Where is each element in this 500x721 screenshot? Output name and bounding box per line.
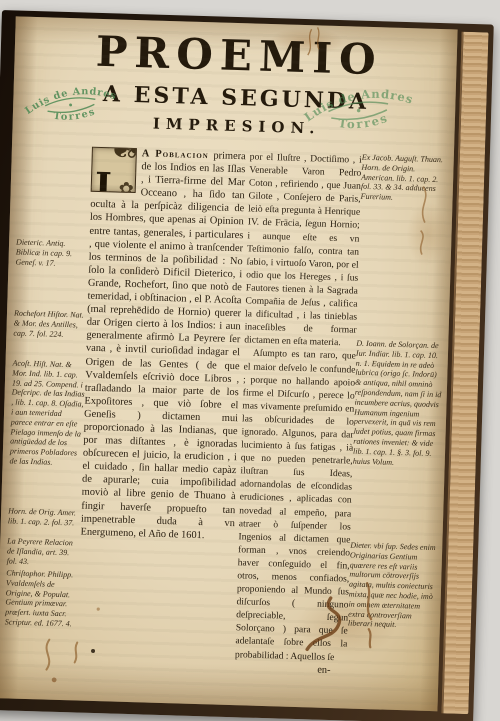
svg-text:Torres: Torres [336,110,391,134]
ink-dot [91,649,95,653]
stamp-center-dot [69,103,72,106]
text-column-right: por el Iluſtre , Doctiſimo , i Venerable… [234,150,361,677]
stamp-name-text: Torres [51,105,98,125]
margin-note: Dieteric. Antiq. Biblicæ in cap. 9. Gene… [15,238,90,270]
margin-note: Ex Jacob. Auguſt. Thuan. Horn. de Origin… [360,153,449,205]
right-column-paragraph-2: Aſumpto es tan raro, que el maior deſvel… [235,347,356,664]
margin-note: Chriſtophor. Philipp. Vvaldemſels de Ori… [5,568,81,629]
stain-dot [52,677,57,682]
svg-text:Torres: Torres [51,105,98,125]
decorated-initial: ❦❀ ✿ L [91,147,137,193]
margin-note: Horn. de Orig. Amer. lib. 1. cap. 2. fol… [8,506,83,528]
woodcut-flower-icon: ✿ [118,182,133,193]
margin-note: Rochefort Hiſtor. Nat. & Mor. des Antill… [13,308,88,340]
initial-letter: L [95,180,121,193]
photo-background: PROEMIO A ESTA SEGUNDA IMPRESION. Luis d… [0,0,500,721]
margin-note: La Peyrere Relacion de Iſlandia, art. 39… [7,536,82,568]
margin-note: Acoſt. Hiſt. Nat. & Mor. Ind. lib. 1. ca… [9,358,86,468]
catchword: en- [234,661,346,677]
right-column-paragraph-1: por el Iluſtre , Doctiſimo , i Venerable… [244,150,362,350]
stain-squiggle [46,640,77,671]
left-column-text: primera de los Indios en las Iſlas , i T… [80,150,246,541]
stain-dot [97,607,100,610]
margin-note: Dieter. vbi ſup. Sedes enim Originarias … [348,541,439,632]
margin-note: D. Ioann. de Solorçan. de Iur. Indiar. l… [353,339,445,469]
lead-in-words: A Poblacion [142,148,209,161]
book-cover: PROEMIO A ESTA SEGUNDA IMPRESION. Luis d… [0,10,494,721]
stamp-center-dot [357,109,361,113]
stamp-name-text: Torres [336,110,391,134]
book-page: PROEMIO A ESTA SEGUNDA IMPRESION. Luis d… [0,16,458,711]
woodcut-ornament-icon: ❦❀ [109,147,136,156]
text-column-left: ❦❀ ✿ L A Poblacion primera de los Indios… [80,146,246,543]
